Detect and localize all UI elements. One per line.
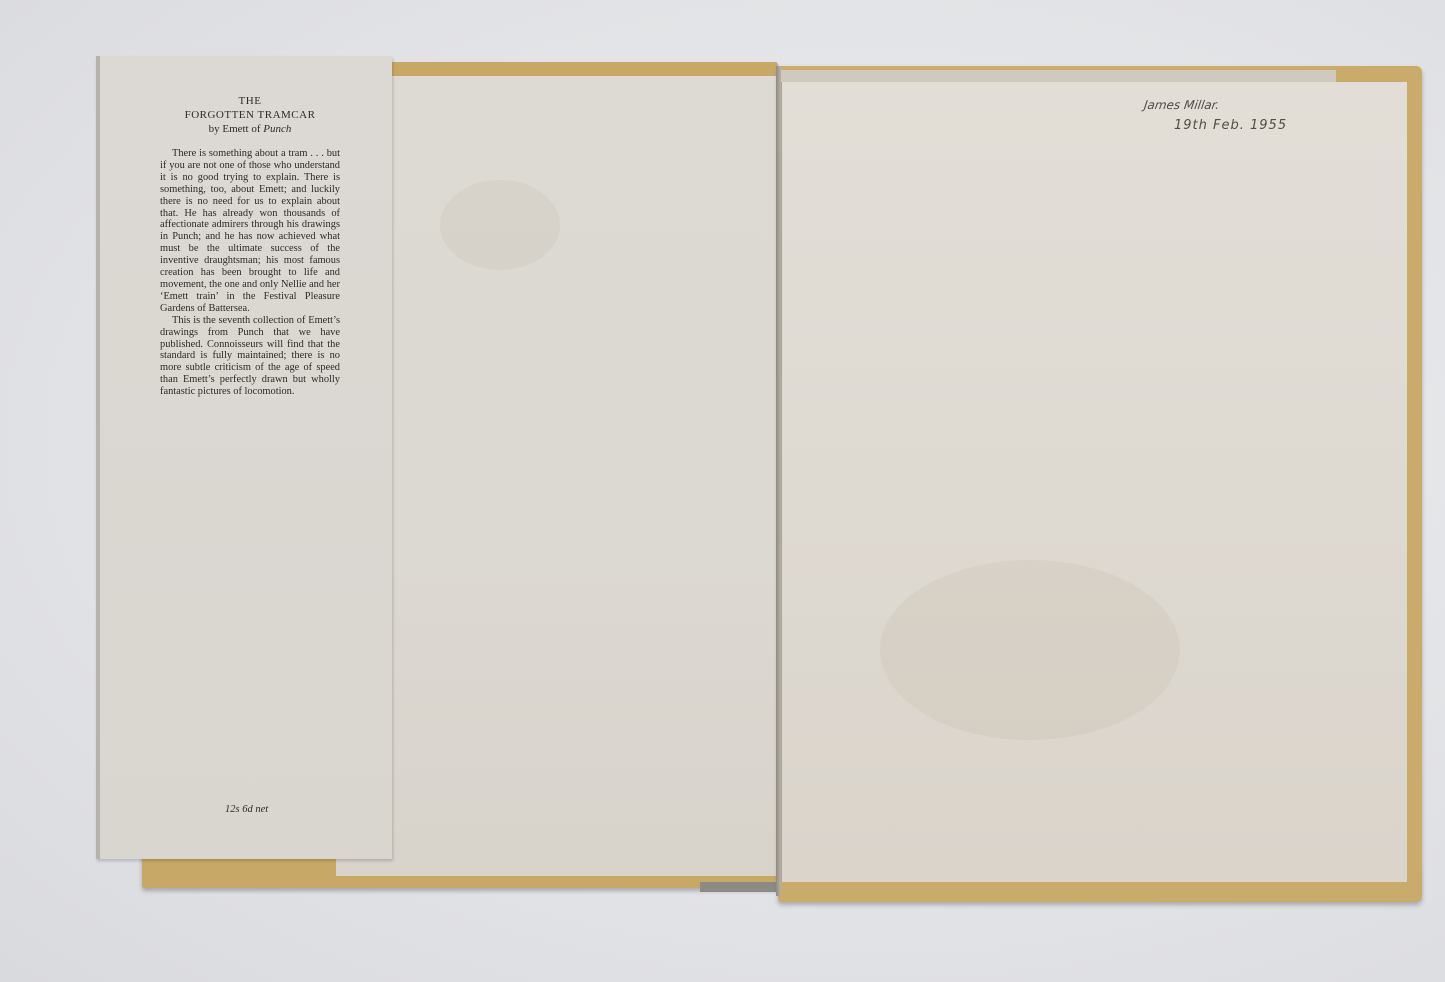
spine-shadow	[700, 882, 780, 892]
byline: by Emett of Punch	[160, 122, 340, 137]
byline-prefix: by Emett of	[209, 123, 264, 135]
handwritten-inscription: James Millar. 19th Feb. 1955	[1140, 98, 1287, 133]
flap-text-block: THE FORGOTTEN TRAMCAR by Emett of Punch …	[160, 94, 340, 398]
price-label: 12s 6d net	[225, 804, 325, 815]
byline-publication: Punch	[263, 123, 291, 135]
paper-stain	[880, 560, 1180, 740]
book-gutter	[776, 66, 781, 896]
book-title-line1: THE	[160, 94, 340, 108]
right-top-edge	[781, 70, 1336, 82]
left-endpaper	[336, 76, 777, 876]
right-endpaper	[781, 82, 1407, 882]
blurb-paragraph-1: There is something about a tram . . . bu…	[160, 148, 340, 315]
paper-stain	[440, 180, 560, 270]
blurb-paragraph-2: This is the seventh collection of Emett’…	[160, 315, 340, 398]
book-title-line2: FORGOTTEN TRAMCAR	[160, 108, 340, 122]
owner-name: James Millar.	[1143, 98, 1288, 112]
inscription-date: 19th Feb. 1955	[1174, 118, 1287, 133]
